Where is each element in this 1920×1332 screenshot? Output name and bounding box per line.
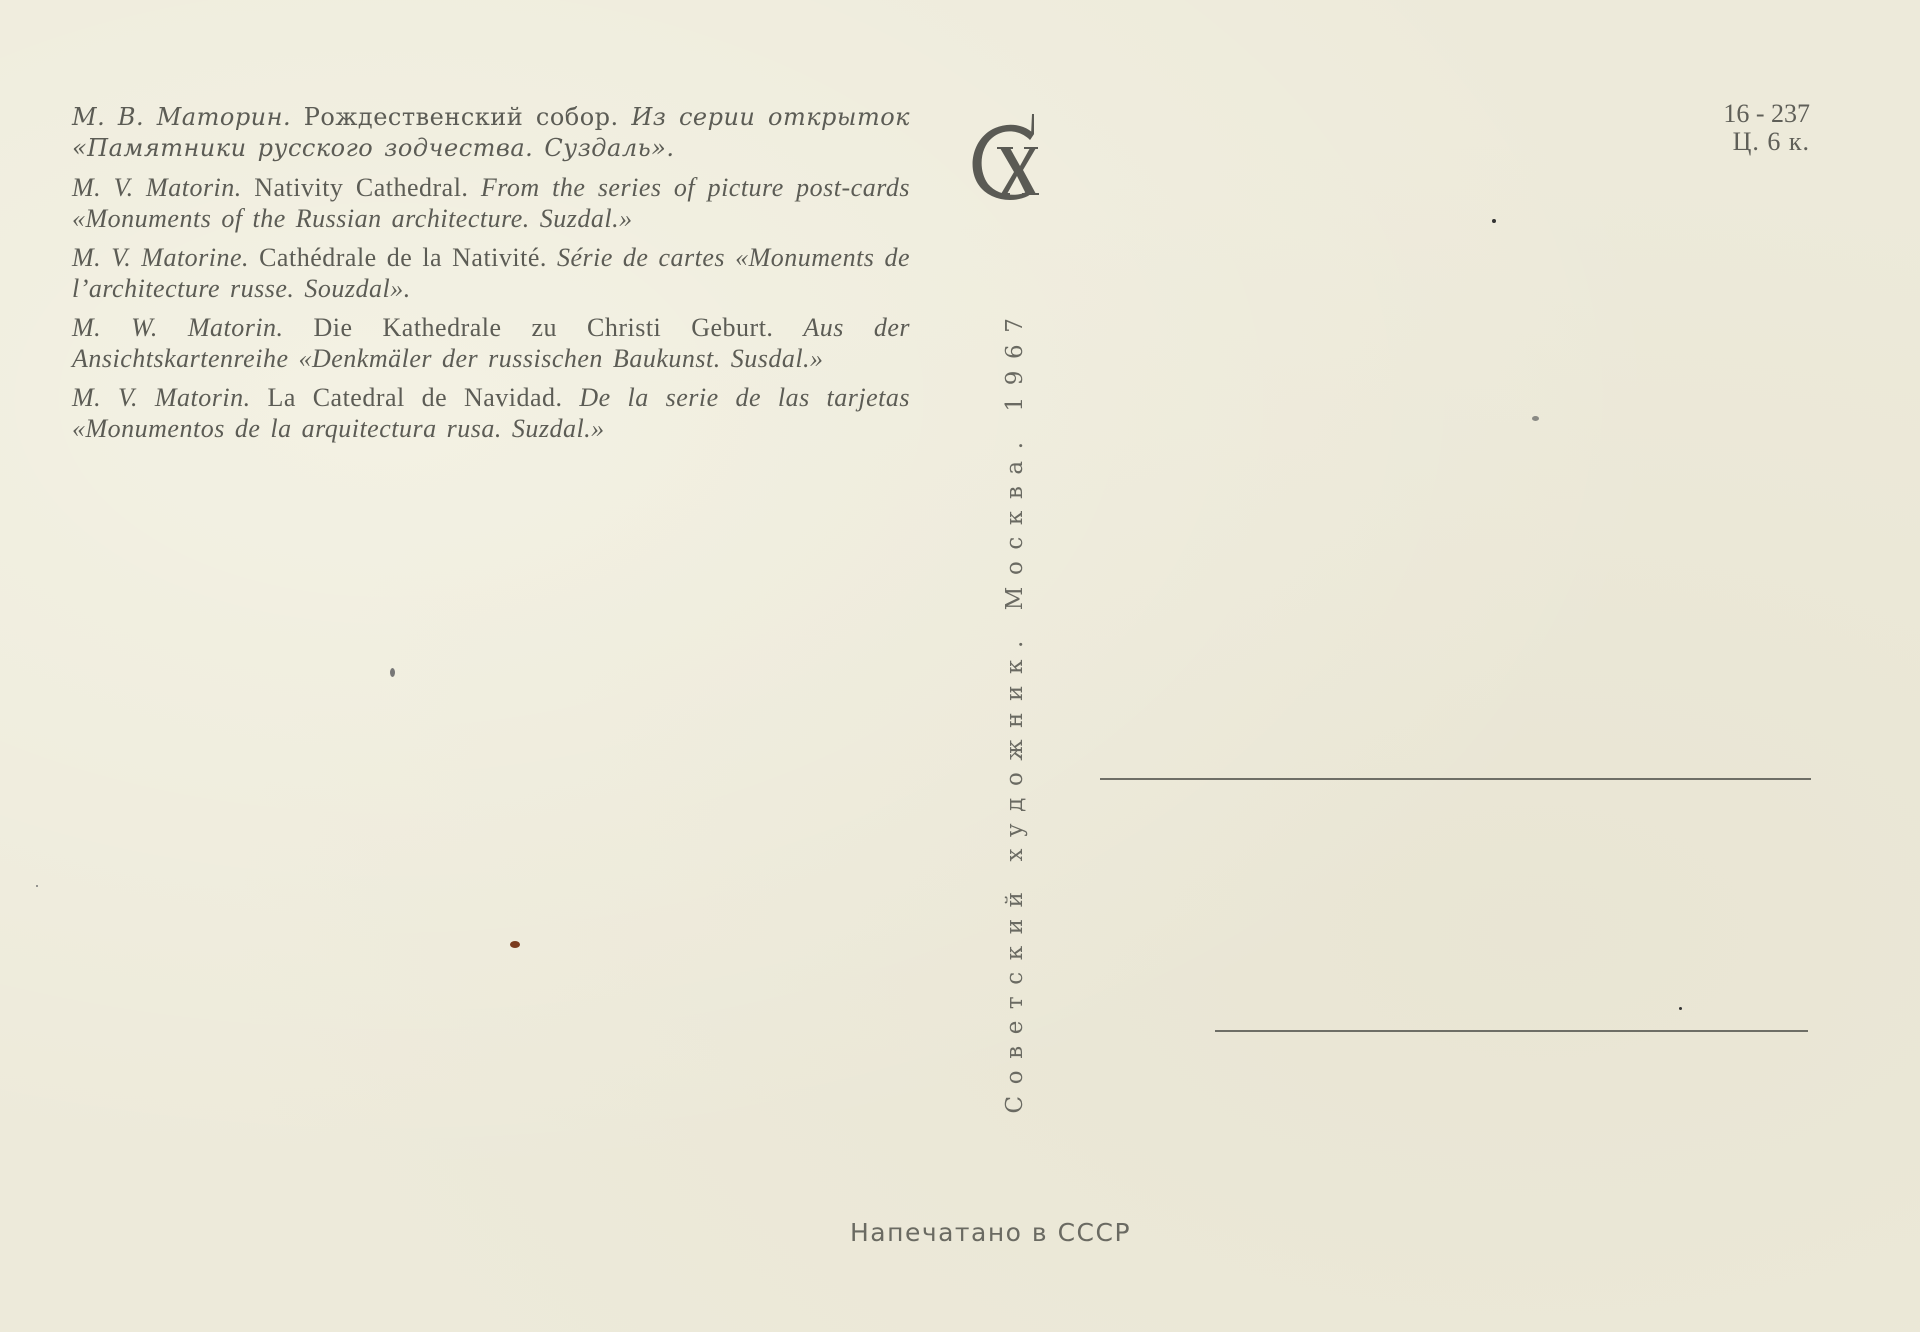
- paper-speck: [510, 941, 520, 948]
- printed-in-label: Напечатано в СССР: [850, 1218, 1131, 1247]
- catalog-info: 16 - 237 Ц. 6 к.: [1700, 100, 1810, 156]
- price: Ц. 6 к.: [1700, 128, 1810, 156]
- paper-speck: [1532, 416, 1539, 421]
- caption-spanish: M. V. Matorin. La Catedral de Navidad. D…: [72, 382, 910, 444]
- catalog-code: 16 - 237: [1700, 100, 1810, 128]
- paper-speck: [1679, 1007, 1682, 1010]
- caption-title: Nativity Cathedral.: [254, 173, 468, 202]
- paper-speck: [36, 885, 38, 887]
- caption-russian: М. В. Маторин. Рождественский собор. Из …: [72, 102, 910, 164]
- paper-speck: [1492, 219, 1496, 223]
- caption-author: M. V. Matorin.: [72, 383, 251, 412]
- caption-title: Die Kathedrale zu Christi Geburt.: [314, 313, 774, 342]
- caption-author: M. V. Matorine.: [72, 243, 249, 272]
- sovetsky-khudozhnik-logo-icon: [962, 112, 1052, 208]
- caption-author: M. V. Matorin.: [72, 173, 242, 202]
- caption-title: Cathédrale de la Nativité.: [259, 243, 547, 272]
- caption-english: M. V. Matorin. Nativity Cathedral. From …: [72, 172, 910, 234]
- paper-speck: [390, 668, 395, 677]
- caption-author: М. В. Маторин.: [72, 103, 291, 131]
- address-line: [1215, 1030, 1808, 1032]
- caption-block: М. В. Маторин. Рождественский собор. Из …: [72, 102, 910, 452]
- caption-title: Рождественский собор.: [304, 103, 619, 131]
- caption-author: M. W. Matorin.: [72, 313, 284, 342]
- caption-french: M. V. Matorine. Cathédrale de la Nativit…: [72, 242, 910, 304]
- caption-german: M. W. Matorin. Die Kathedrale zu Christi…: [72, 312, 910, 374]
- publisher-imprint: Советский художник. Москва. 1967: [1002, 307, 1028, 1114]
- caption-title: La Catedral de Navidad.: [267, 383, 562, 412]
- address-line: [1100, 778, 1811, 780]
